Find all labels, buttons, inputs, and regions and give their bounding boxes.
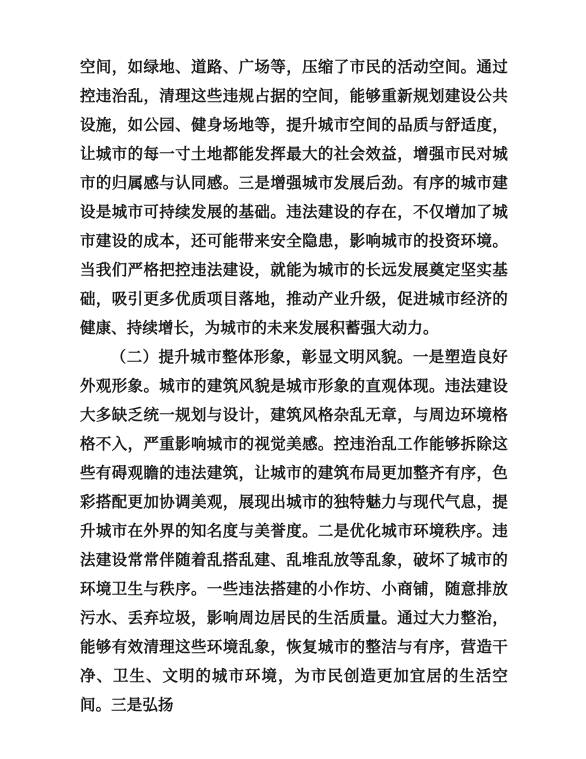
document-text-block: 空间，如绿地、道路、广场等，压缩了市民的活动空间。通过控违治乱，清理这些违规占据…: [80, 53, 508, 720]
document-page: 空间，如绿地、道路、广场等，压缩了市民的活动空间。通过控违治乱，清理这些违规占据…: [0, 0, 586, 759]
paragraph-section-two: （二）提升城市整体形象，彰显文明风貌。一是塑造良好外观形象。城市的建筑风貌是城市…: [80, 343, 508, 720]
paragraph-continued: 空间，如绿地、道路、广场等，压缩了市民的活动空间。通过控违治乱，清理这些违规占据…: [80, 53, 508, 343]
